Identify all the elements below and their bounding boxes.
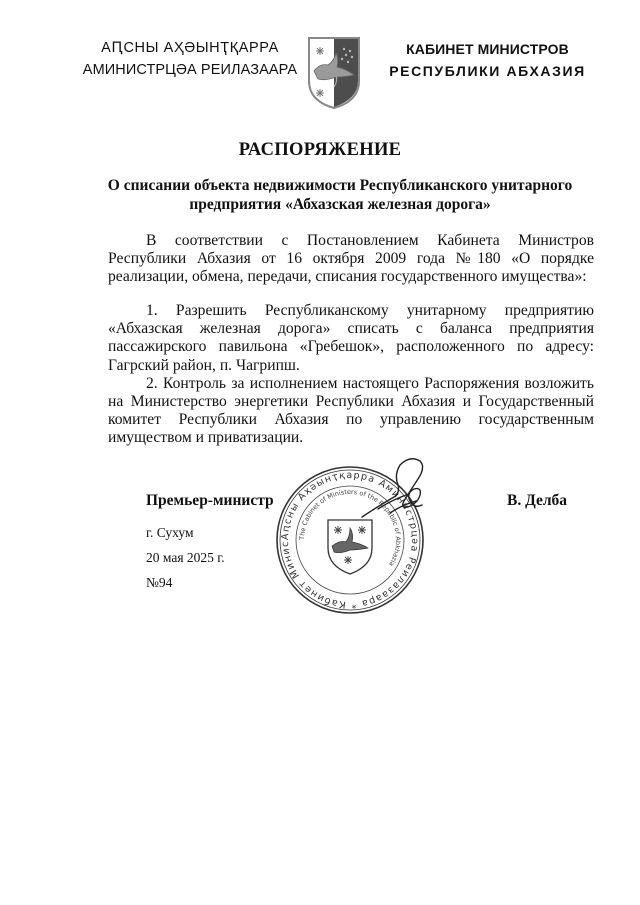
- header-right-russian: КАБИНЕТ МИНИСТРОВ РЕСПУБЛИКИ АБХАЗИЯ: [380, 38, 595, 82]
- preamble-text: В соответствии с Постановлением Кабинета…: [108, 232, 594, 287]
- handwritten-signature-icon: [360, 455, 440, 525]
- header-left-line2: АМИНИСТРЦӘА РЕИЛАЗААРА: [70, 59, 310, 81]
- signatory-name: В. Делба: [507, 492, 567, 510]
- coat-of-arms-icon: [306, 35, 362, 111]
- subtitle-line2: предприятия «Абхазская железная дорога»: [100, 196, 580, 215]
- order-item-1: 1. Разрешить Республиканскому унитарному…: [108, 302, 594, 375]
- subtitle-line1: О списании объекта недвижимости Республи…: [100, 177, 580, 196]
- issue-city: г. Сухум: [146, 525, 194, 541]
- header-right-line2: РЕСПУБЛИКИ АБХАЗИЯ: [380, 60, 595, 82]
- document-title: РАСПОРЯЖЕНИЕ: [0, 140, 640, 161]
- header-left-abkhaz: АԤСНЫ АҲӘЫНҬҚАРРА АМИНИСТРЦӘА РЕИЛАЗААРА: [70, 37, 310, 81]
- document-number: №94: [146, 575, 172, 591]
- order-item-2: 2. Контроль за исполнением настоящего Ра…: [108, 375, 594, 448]
- signatory-position: Премьер-министр: [146, 492, 274, 510]
- issue-date: 20 мая 2025 г.: [146, 550, 225, 566]
- header-left-line1: АԤСНЫ АҲӘЫНҬҚАРРА: [70, 37, 310, 59]
- header-right-line1: КАБИНЕТ МИНИСТРОВ: [380, 38, 595, 60]
- preamble-paragraph: В соответствии с Постановлением Кабинета…: [108, 232, 594, 287]
- order-items: 1. Разрешить Республиканскому унитарному…: [108, 302, 594, 448]
- document-subtitle: О списании объекта недвижимости Республи…: [100, 177, 580, 214]
